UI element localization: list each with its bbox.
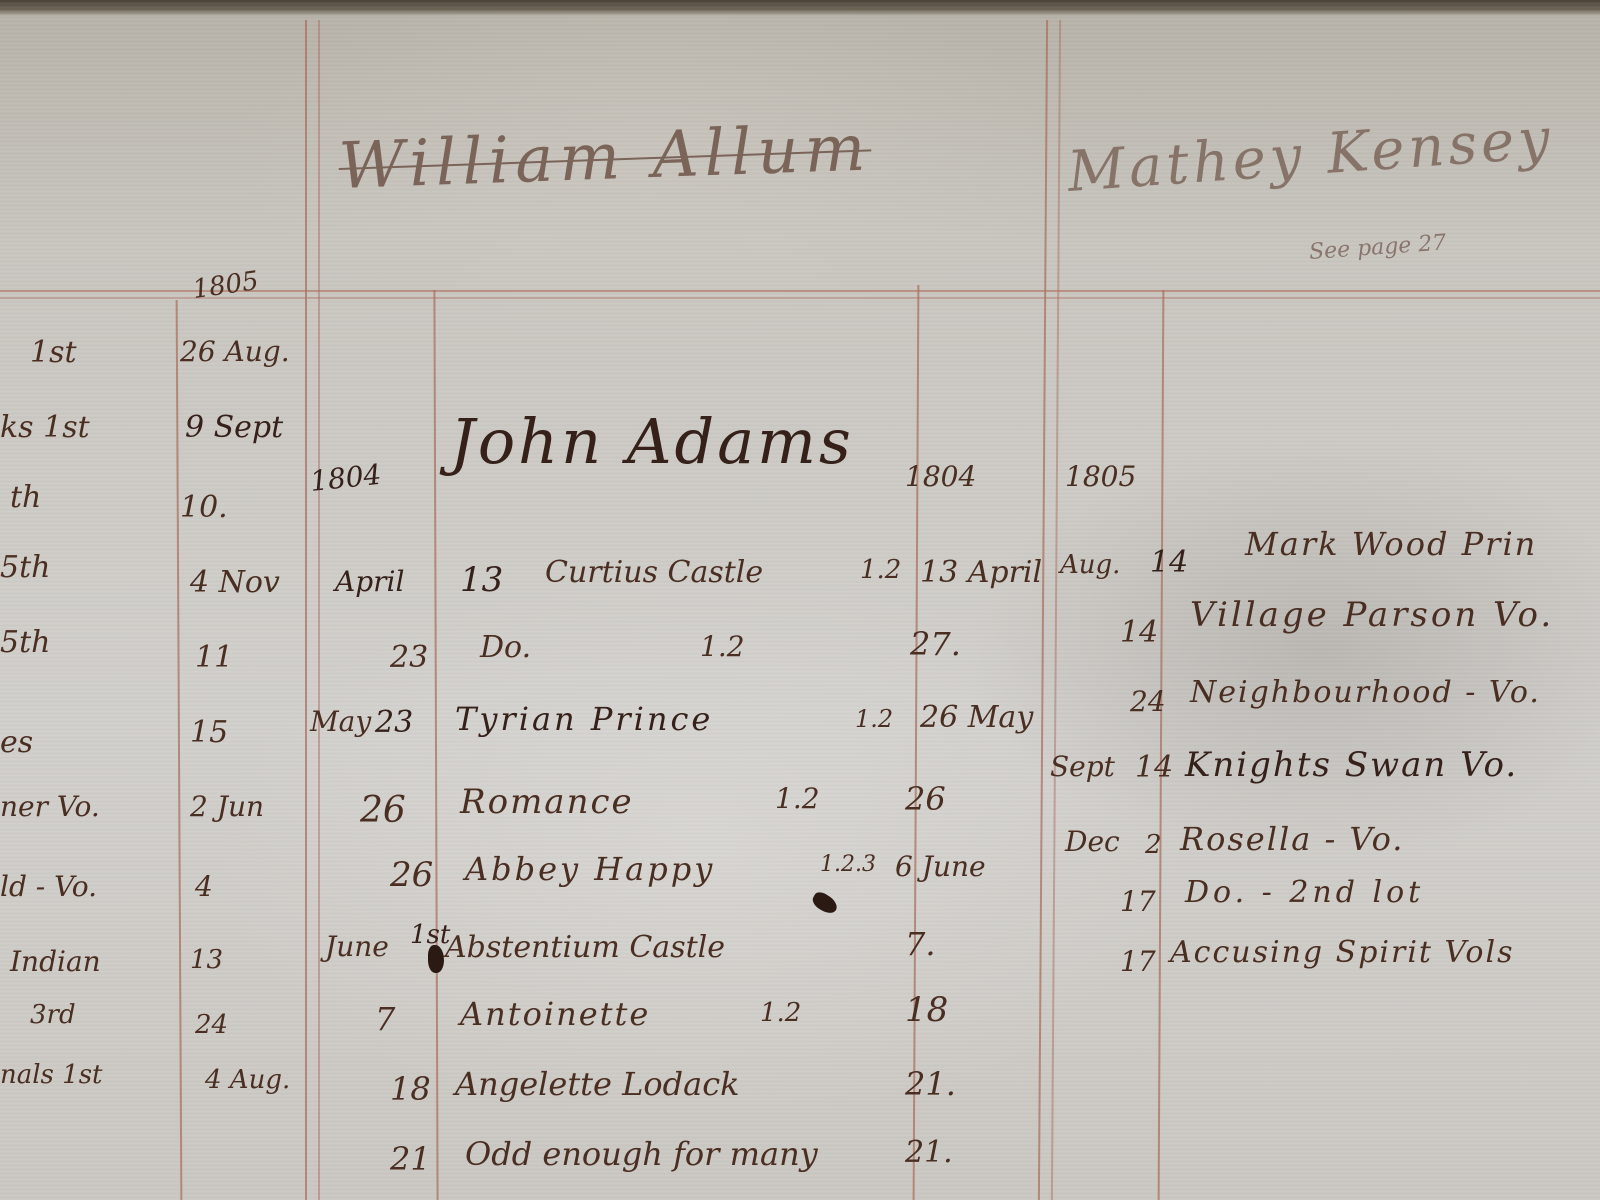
entry-vol: 1.2 [860, 555, 901, 585]
ink-blot [428, 945, 444, 973]
entry-vol: 1.2 [775, 782, 820, 815]
entry-day: 23 [390, 640, 428, 675]
entry-day: 14 [1150, 545, 1188, 580]
entry-day: 14 [1120, 615, 1158, 650]
left-account-title: William Allum [337, 111, 872, 204]
left-row-text: ld - Vo. [0, 870, 97, 903]
left-row-date: 13 [190, 945, 223, 975]
entry-day: 17 [1120, 885, 1156, 918]
left-row-text: Indian [10, 945, 101, 978]
entry-vol: 1.2 [700, 630, 745, 663]
entry-title: Neighbourhood - Vo. [1190, 675, 1541, 710]
entry-title: Village Parson Vo. [1190, 595, 1554, 635]
entry-day: 23 [375, 705, 413, 740]
left-row-date: 11 [195, 640, 233, 675]
entry-vol: 1.2.3 [820, 852, 876, 877]
column-rule [305, 20, 307, 1200]
entry-title: Romance [460, 782, 634, 822]
entry-title: Abbey Happy [465, 850, 715, 888]
right-year: 1805 [1065, 460, 1136, 493]
entry-title: Knights Swan Vo. [1185, 745, 1518, 785]
entry-day: 13 [460, 560, 503, 600]
left-row-date: 24 [195, 1010, 228, 1040]
entry-title: Antoinette [460, 995, 650, 1033]
left-row-text: nals 1st [0, 1060, 103, 1090]
entry-title: Odd enough for many [465, 1135, 818, 1173]
left-row-text: es [0, 725, 33, 760]
column-rule [318, 20, 320, 1200]
column-rule [1158, 290, 1164, 1200]
entry-return: 21. [905, 1065, 956, 1103]
ledger-page: William Allum Mathey Kensey See page 27 … [0, 0, 1600, 1200]
entry-month: Aug. [1060, 550, 1120, 580]
column-rule [1051, 20, 1061, 1200]
ink-blot [810, 890, 841, 917]
left-row-text: 5th [0, 550, 50, 585]
left-row-text: ner Vo. [0, 790, 100, 823]
entry-day: 26 [360, 790, 406, 831]
entry-return: 26 [905, 780, 946, 818]
entry-title: Curtius Castle [545, 555, 763, 590]
book-edge-shadow [0, 0, 1600, 16]
entry-return: 26 May [920, 700, 1033, 735]
entry-day: 26 [390, 855, 433, 895]
column-rule [913, 285, 919, 1200]
entry-title: Abstentium Castle [445, 930, 725, 965]
entry-month: May [310, 705, 371, 738]
entry-month: Dec [1065, 825, 1120, 858]
right-account-note: See page 27 [1308, 230, 1447, 265]
left-row-date: 10. [180, 490, 228, 525]
left-row-text: 3rd [30, 1000, 76, 1030]
entry-return: 6 June [895, 850, 986, 883]
entry-return: 7. [905, 925, 936, 963]
column-rule [1038, 20, 1048, 1200]
entry-title: Tyrian Prince [455, 700, 713, 738]
left-row-date: 26 Aug. [180, 335, 290, 368]
entry-return: 21. [905, 1135, 953, 1170]
entry-return: 27. [910, 625, 961, 663]
entry-return: 13 April [920, 555, 1042, 590]
center-year-right: 1804 [905, 460, 976, 493]
left-row-date: 4 Aug. [205, 1065, 290, 1095]
column-rule [176, 300, 182, 1200]
entry-day: 24 [1130, 685, 1166, 718]
account-name: John Adams [450, 405, 854, 478]
left-row-date: 2 Jun [190, 790, 264, 823]
center-year-left: 1804 [309, 458, 383, 498]
entry-title: Accusing Spirit Vols [1170, 935, 1514, 970]
entry-month: Sept [1050, 750, 1115, 783]
left-row-date: 4 Nov [190, 565, 280, 600]
entry-day: 7 [375, 1000, 395, 1038]
entry-day: 18 [390, 1070, 431, 1108]
left-row-text: 5th [0, 625, 50, 660]
left-row-date: 15 [190, 715, 228, 750]
left-row-date: 9 Sept [185, 410, 283, 445]
entry-title: Do. [480, 630, 531, 665]
entry-day: 21 [390, 1140, 431, 1178]
entry-title: Angelette Lodack [455, 1065, 740, 1103]
entry-month: April [335, 565, 404, 598]
entry-title: Rosella - Vo. [1180, 820, 1404, 858]
entry-vol: 1.2 [855, 705, 893, 733]
entry-day: 14 [1135, 750, 1173, 785]
left-row-text: ks 1st [0, 410, 90, 445]
entry-title: Do. - 2nd lot [1185, 875, 1424, 910]
left-row-text: th [10, 480, 41, 515]
left-row-date: 4 [195, 870, 213, 903]
entry-vol: 1.2 [760, 998, 801, 1028]
entry-return: 18 [905, 990, 948, 1030]
right-account-title: Mathey Kensey [1065, 106, 1555, 205]
left-year: 1805 [191, 266, 261, 305]
entry-month: June [325, 930, 389, 963]
entry-title: Mark Wood Prin [1245, 525, 1537, 563]
column-rule [433, 290, 438, 1200]
entry-day: 17 [1120, 945, 1156, 978]
entry-day: 2 [1145, 830, 1162, 860]
left-row-text: 1st [30, 335, 77, 370]
